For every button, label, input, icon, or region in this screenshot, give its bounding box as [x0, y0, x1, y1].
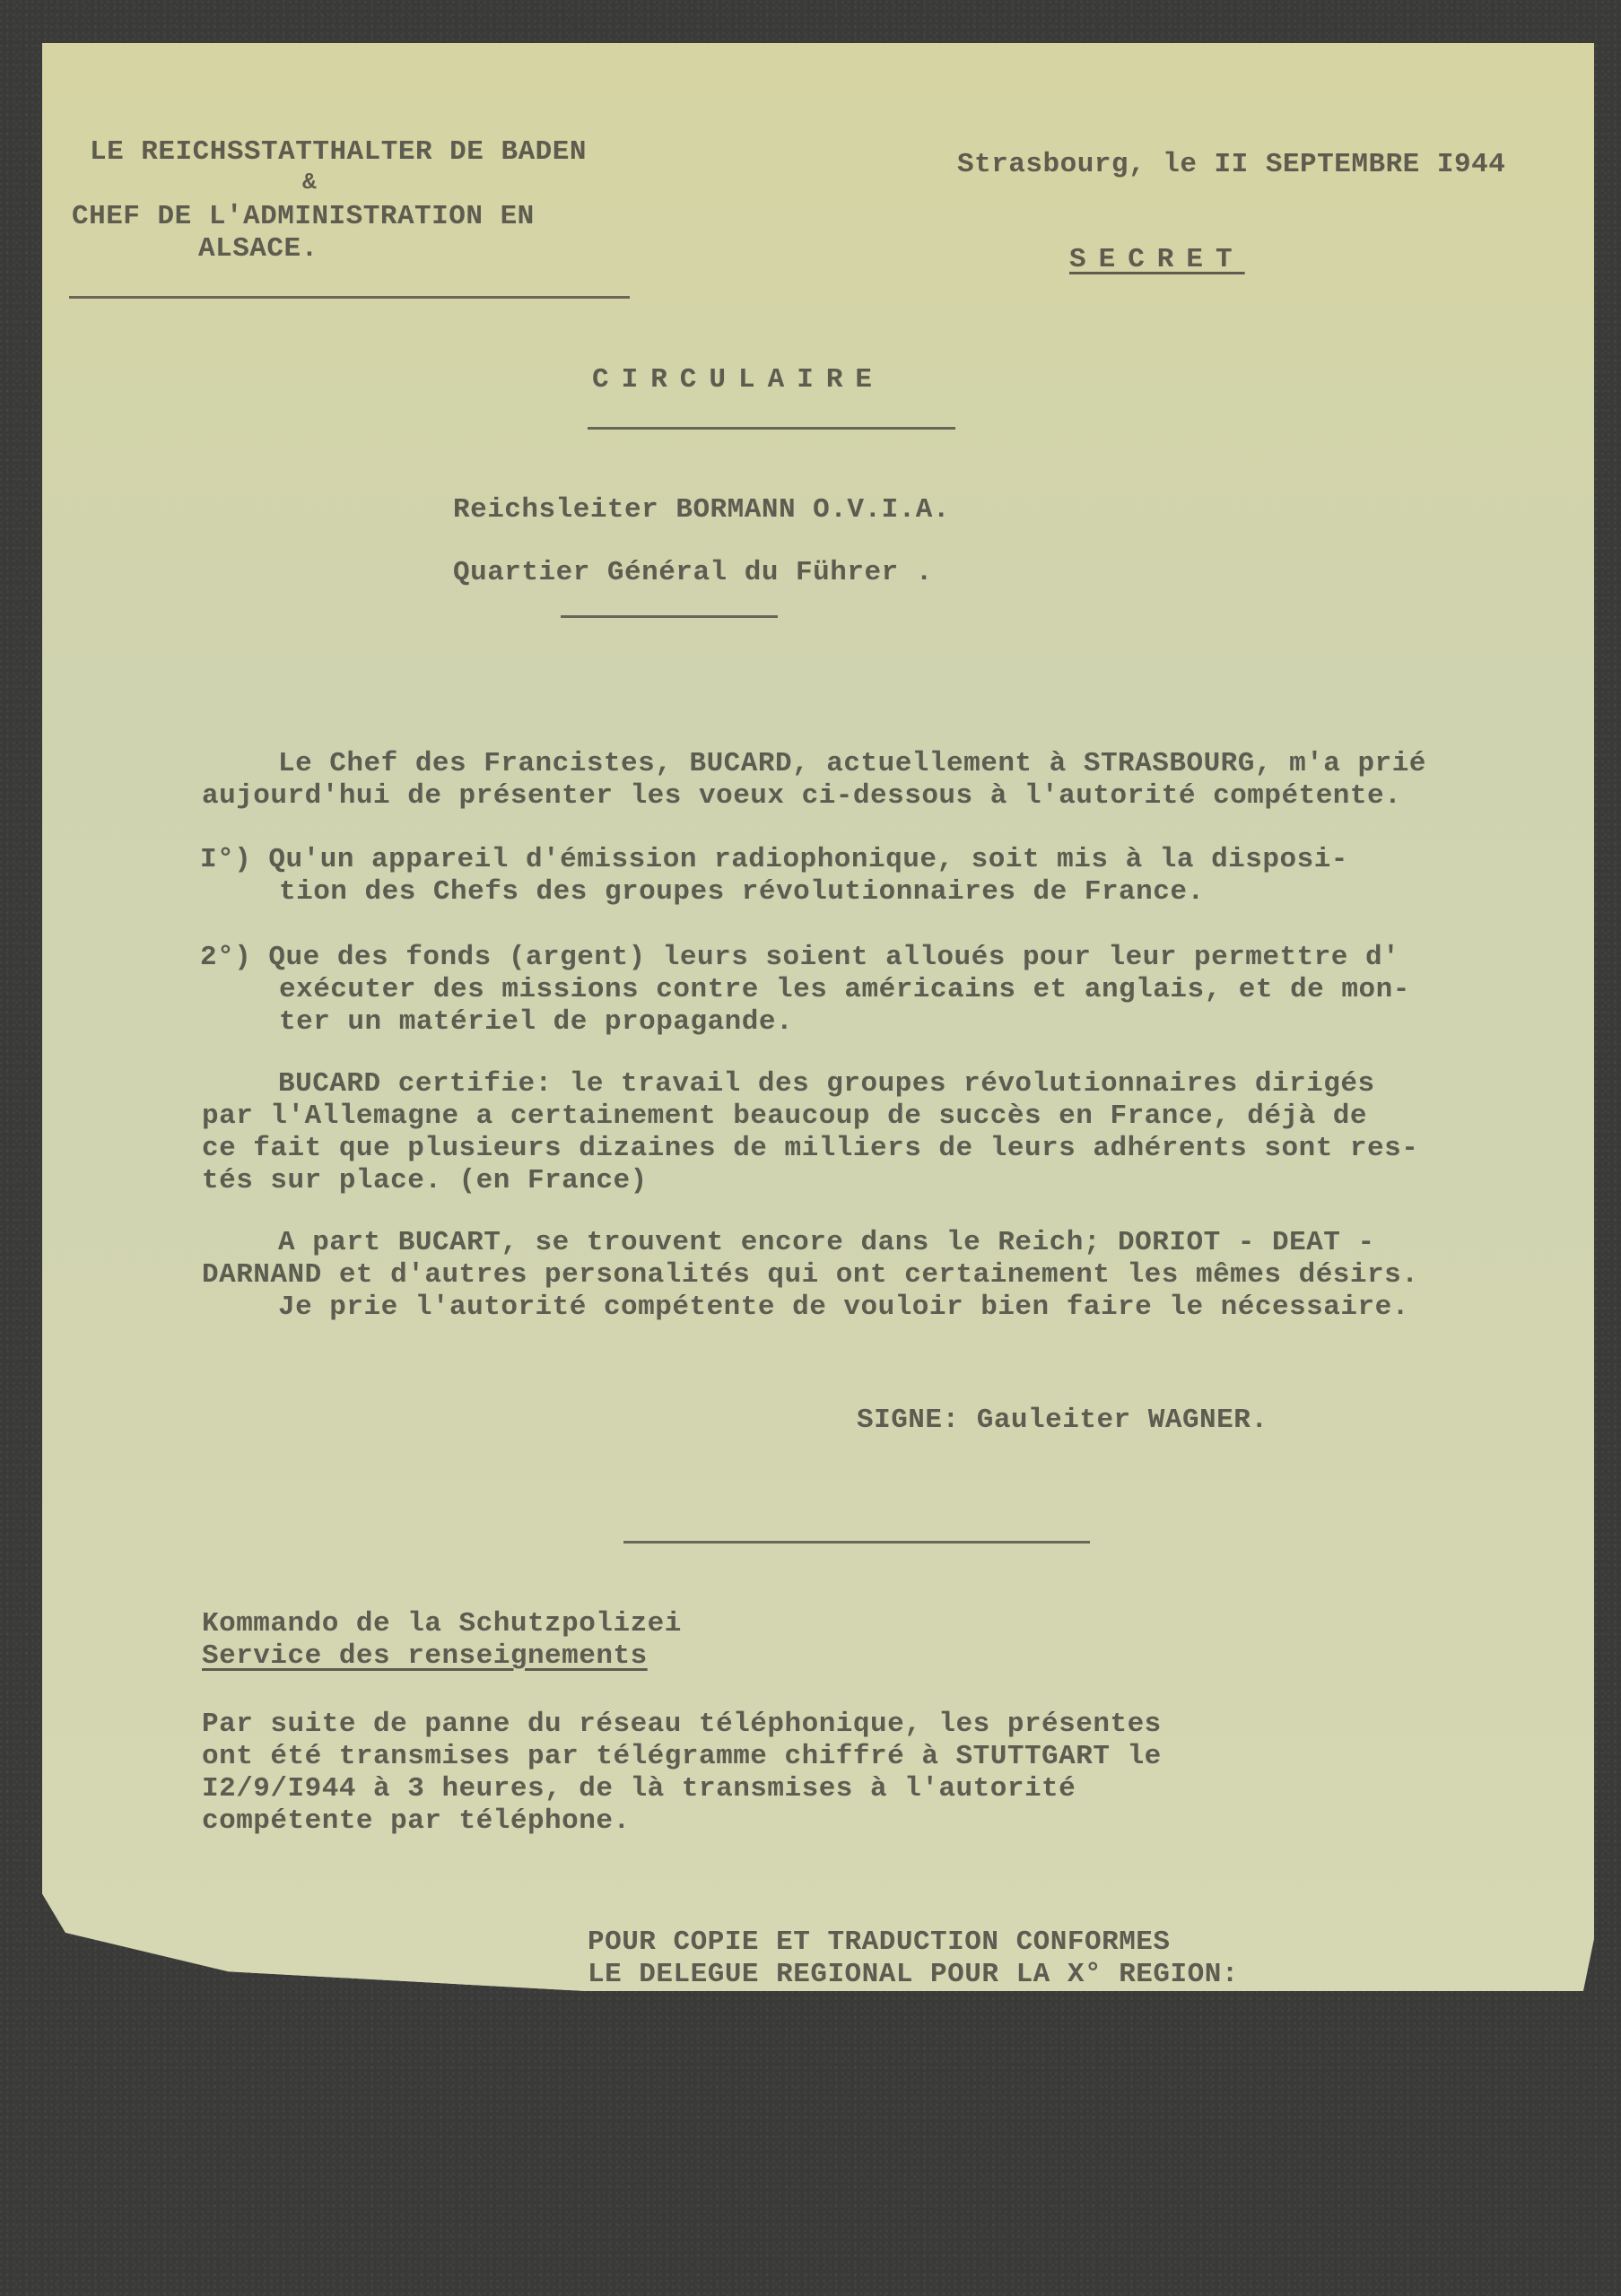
transmission-note-line-2: ont été transmises par télégramme chiffr…	[202, 1741, 1162, 1772]
item1-line-2: tion des Chefs des groupes révolutionnai…	[279, 876, 1205, 908]
letterhead-line-1: LE REICHSSTATTHALTER DE BADEN	[90, 136, 587, 168]
signature-line: SIGNE: Gauleiter WAGNER.	[857, 1405, 1268, 1436]
transmission-note-line-4: compétente par téléphone.	[202, 1805, 631, 1837]
title-divider	[588, 427, 955, 430]
letterhead-line-3: CHEF DE L'ADMINISTRATION EN	[72, 201, 535, 232]
document-type-title: CIRCULAIRE	[592, 364, 885, 396]
para3-line-4: tés sur place. (en France)	[202, 1165, 648, 1196]
transmission-note-line-1: Par suite de panne du réseau téléphoniqu…	[202, 1709, 1162, 1740]
item2-line-1: 2°) Que des fonds (argent) leurs soient …	[200, 942, 1399, 973]
para3-line-2: par l'Allemagne a certainement beaucoup …	[202, 1100, 1367, 1132]
letterhead-divider	[69, 296, 630, 299]
para3-line-1: BUCARD certifie: le travail des groupes …	[278, 1068, 1375, 1100]
item1-line-1: I°) Qu'un appareil d'émission radiophoni…	[200, 844, 1348, 875]
addressee-divider	[561, 615, 778, 618]
transmission-note-line-3: I2/9/I944 à 3 heures, de là transmises à…	[202, 1773, 1076, 1805]
certification-line-1: POUR COPIE ET TRADUCTION CONFORMES	[588, 1926, 1171, 1958]
intro-line-2: aujourd'hui de présenter les voeux ci-de…	[202, 780, 1401, 812]
para4-line-3: Je prie l'autorité compétente de vouloir…	[278, 1291, 1409, 1323]
transmission-unit: Kommando de la Schutzpolizei	[202, 1608, 682, 1639]
item2-line-2: exécuter des missions contre les américa…	[279, 974, 1410, 1005]
addressee-line-2: Quartier Général du Führer .	[453, 557, 933, 588]
letterhead-ampersand: &	[302, 169, 317, 196]
certification-line-2: LE DELEGUE REGIONAL POUR LA X° REGION:	[588, 1959, 1239, 1990]
addressee-line-1: Reichsleiter BORMANN O.V.I.A.	[453, 494, 950, 526]
para4-line-1: A part BUCART, se trouvent encore dans l…	[278, 1227, 1375, 1258]
transmission-service: Service des renseignements	[202, 1640, 648, 1672]
intro-line-1: Le Chef des Francistes, BUCARD, actuelle…	[278, 748, 1426, 779]
dateline: Strasbourg, le II SEPTEMBRE I944	[957, 149, 1505, 180]
signature-divider	[623, 1541, 1090, 1544]
item2-line-3: ter un matériel de propagande.	[279, 1006, 793, 1038]
document-page: LE REICHSSTATTHALTER DE BADEN & CHEF DE …	[42, 43, 1594, 1991]
classification-secret: SECRET	[1069, 244, 1245, 275]
para3-line-3: ce fait que plusieurs dizaines de millie…	[202, 1133, 1418, 1164]
para4-line-2: DARNAND et d'autres personalités qui ont…	[202, 1259, 1418, 1291]
letterhead-line-4: ALSACE.	[198, 233, 318, 265]
